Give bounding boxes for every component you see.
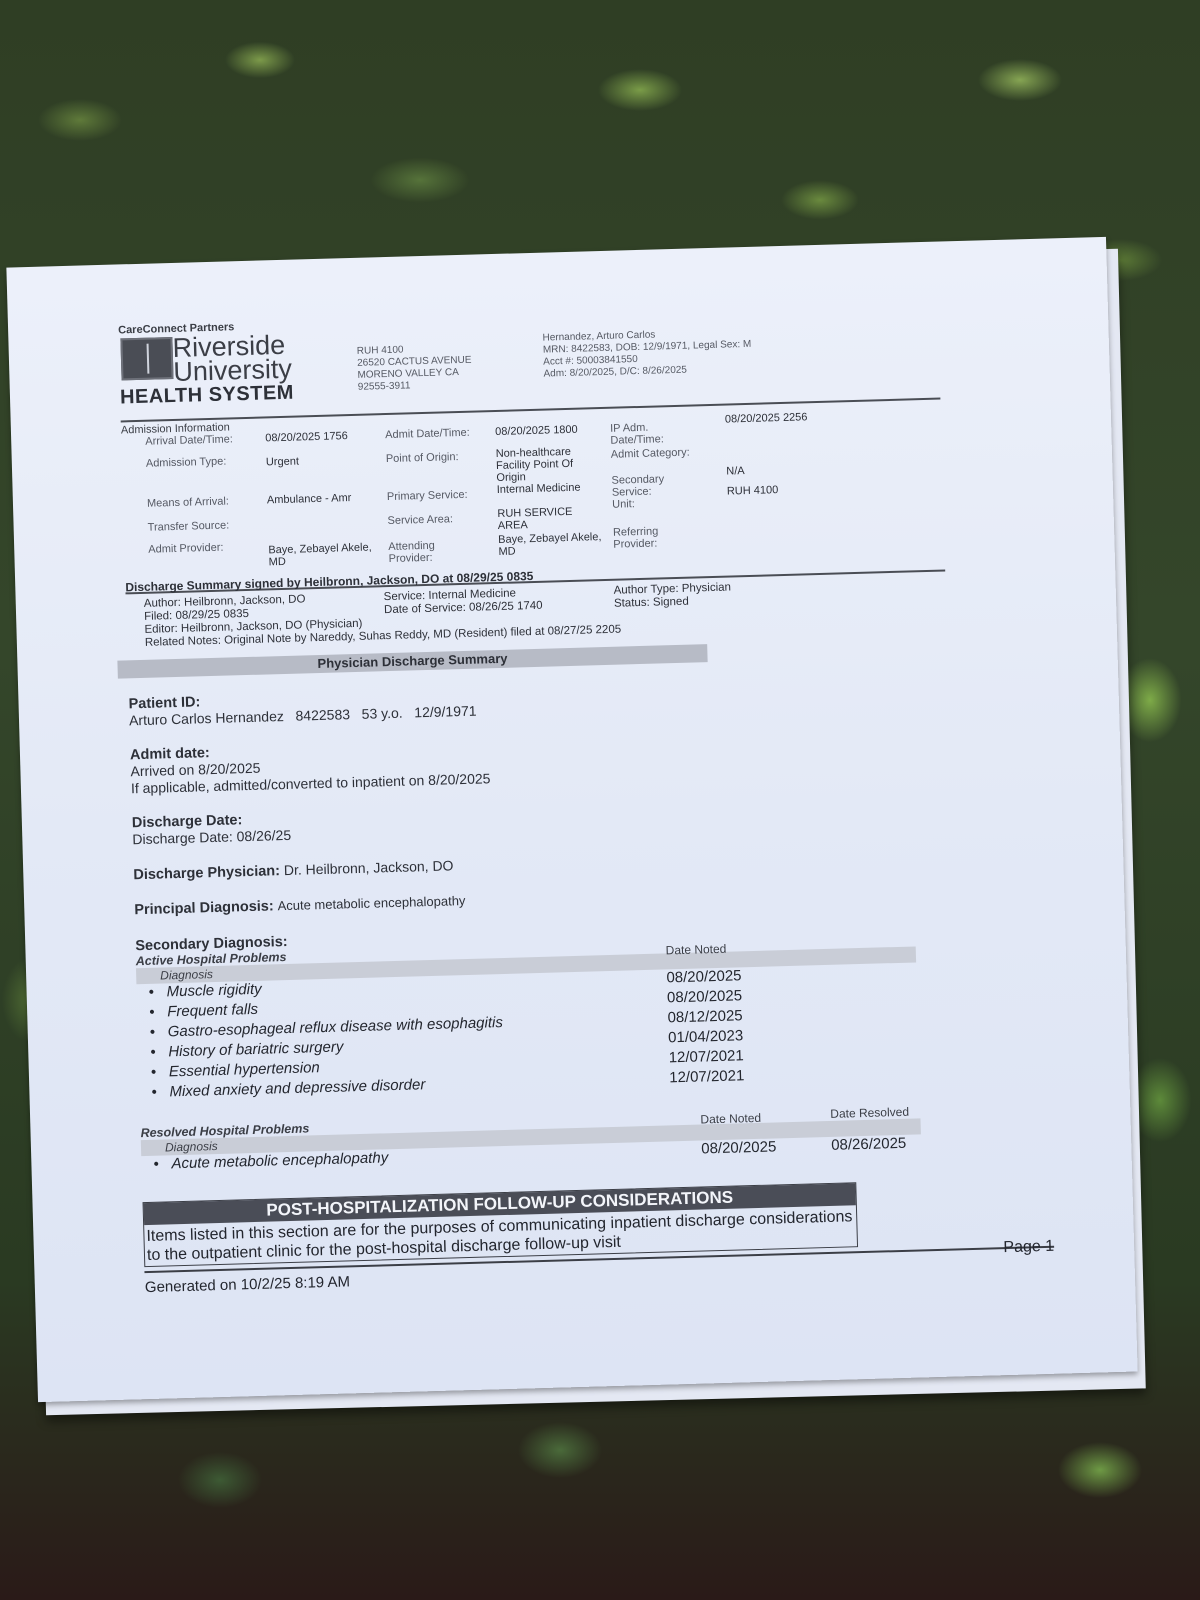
date-noted: 01/04/2023 xyxy=(668,1027,744,1046)
org-logo: CareConnect Partners Riverside Universit… xyxy=(118,319,330,410)
org-name-line3: HEALTH SYSTEM xyxy=(120,381,331,410)
field-label: Admit Category: xyxy=(611,446,711,461)
col-diagnosis: Diagnosis xyxy=(160,967,213,982)
discharge-physician-block: Discharge Physician: Dr. Heilbronn, Jack… xyxy=(133,843,953,883)
field-label: Attending Provider: xyxy=(388,539,469,565)
field-value: 08/20/2025 1756 xyxy=(265,430,348,444)
generated-timestamp: Generated on 10/2/25 8:19 AM xyxy=(145,1273,351,1296)
admit-date-block: Admit date: Arrived on 8/20/2025 If appl… xyxy=(130,724,951,797)
secondary-diagnosis-block: Secondary Diagnosis: Active Hospital Pro… xyxy=(135,915,959,1104)
col-date-resolved: Date Resolved xyxy=(830,1105,909,1121)
field-value: Internal Medicine xyxy=(497,482,581,496)
field-label: Service Area: xyxy=(387,512,487,527)
bullet-icon: • xyxy=(150,1044,156,1061)
principal-diagnosis-value: Acute metabolic encephalopathy xyxy=(277,893,465,913)
field-label: Arrival Date/Time: xyxy=(145,432,265,447)
date-noted: 08/20/2025 xyxy=(666,967,742,986)
col-date-noted: Date Noted xyxy=(700,1111,761,1127)
patient-header: Hernandez, Arturo Carlos MRN: 8422583, D… xyxy=(542,325,813,381)
field-value: RUH SERVICE AREA xyxy=(497,505,598,532)
field-label: Secondary Service: xyxy=(611,473,672,499)
bullet-icon: • xyxy=(149,1004,155,1021)
field-value: Baye, Zebayel Akele, MD xyxy=(498,531,609,558)
principal-diagnosis-block: Principal Diagnosis: Acute metabolic enc… xyxy=(134,878,954,918)
field-label: Transfer Source: xyxy=(148,518,268,533)
date-noted: 12/07/2021 xyxy=(668,1047,744,1066)
active-problems-list: •Muscle rigidity08/20/2025•Frequent fall… xyxy=(136,961,959,1104)
discharge-physician-label: Discharge Physician: xyxy=(133,863,280,883)
field-label: Unit: xyxy=(612,497,672,511)
field-value: RUH 4100 xyxy=(727,484,779,497)
field-value: Ambulance - Amr xyxy=(267,492,352,506)
date-noted: 12/07/2021 xyxy=(669,1067,745,1086)
patient-id-block: Patient ID: Arturo Carlos Hernandez 8422… xyxy=(128,673,949,729)
field-value: Non-healthcare Facility Point Of Origin xyxy=(496,445,597,484)
summary-band-title: Physician Discharge Summary xyxy=(117,644,707,678)
diagnosis-name: Frequent falls xyxy=(167,1001,258,1021)
field-label: Point of Origin: xyxy=(386,450,486,465)
field-value: 08/20/2025 2256 xyxy=(725,411,808,425)
status: Status: Signed xyxy=(614,596,689,611)
field-label: Primary Service: xyxy=(387,488,487,503)
facility-address: RUH 4100 26520 CACTUS AVENUE MORENO VALL… xyxy=(357,341,528,394)
discharge-physician-value: Dr. Heilbronn, Jackson, DO xyxy=(284,857,454,878)
col-date-noted: Date Noted xyxy=(665,942,726,958)
discharge-document: CareConnect Partners Riverside Universit… xyxy=(6,237,1137,1402)
page-number: Page 1 xyxy=(1003,1238,1054,1257)
admission-info-grid: Arrival Date/Time: 08/20/2025 1756 Admit… xyxy=(135,414,945,586)
date-noted: 08/12/2025 xyxy=(667,1007,743,1026)
diagnosis-name: Essential hypertension xyxy=(169,1059,320,1080)
date-noted: 08/20/2025 xyxy=(667,987,743,1006)
field-value: Baye, Zebayel Akele, MD xyxy=(268,541,379,568)
field-value: 08/20/2025 1800 xyxy=(495,424,578,438)
diagnosis-name: Muscle rigidity xyxy=(166,981,261,1001)
org-name-line2: University xyxy=(173,357,330,383)
field-label: Referring Provider: xyxy=(613,525,694,551)
field-label: Means of Arrival: xyxy=(147,494,267,509)
date-resolved: 08/26/2025 xyxy=(831,1135,907,1154)
field-value: Urgent xyxy=(266,455,299,468)
field-label: Admission Type: xyxy=(146,454,266,469)
diagnosis-name: History of bariatric surgery xyxy=(168,1038,343,1060)
date-noted: 08/20/2025 xyxy=(701,1138,777,1157)
principal-diagnosis-label: Principal Diagnosis: xyxy=(134,898,274,918)
field-value: N/A xyxy=(726,465,745,478)
field-label: IP Adm. Date/Time: xyxy=(610,421,671,447)
field-label: Admit Date/Time: xyxy=(385,426,485,441)
logo-mark-icon xyxy=(120,337,173,380)
field-label: Admit Provider: xyxy=(148,541,258,556)
col-diagnosis: Diagnosis xyxy=(165,1139,218,1154)
bullet-icon: • xyxy=(150,1024,156,1041)
bullet-icon: • xyxy=(151,1064,157,1081)
bullet-icon: • xyxy=(151,1084,157,1101)
resolved-problems-block: Resolved Hospital Problems Diagnosis Dat… xyxy=(140,1103,961,1176)
bullet-icon: • xyxy=(148,984,154,1001)
bullet-icon: • xyxy=(153,1156,159,1173)
discharge-date-block: Discharge Date: Discharge Date: 08/26/25 xyxy=(132,792,953,848)
